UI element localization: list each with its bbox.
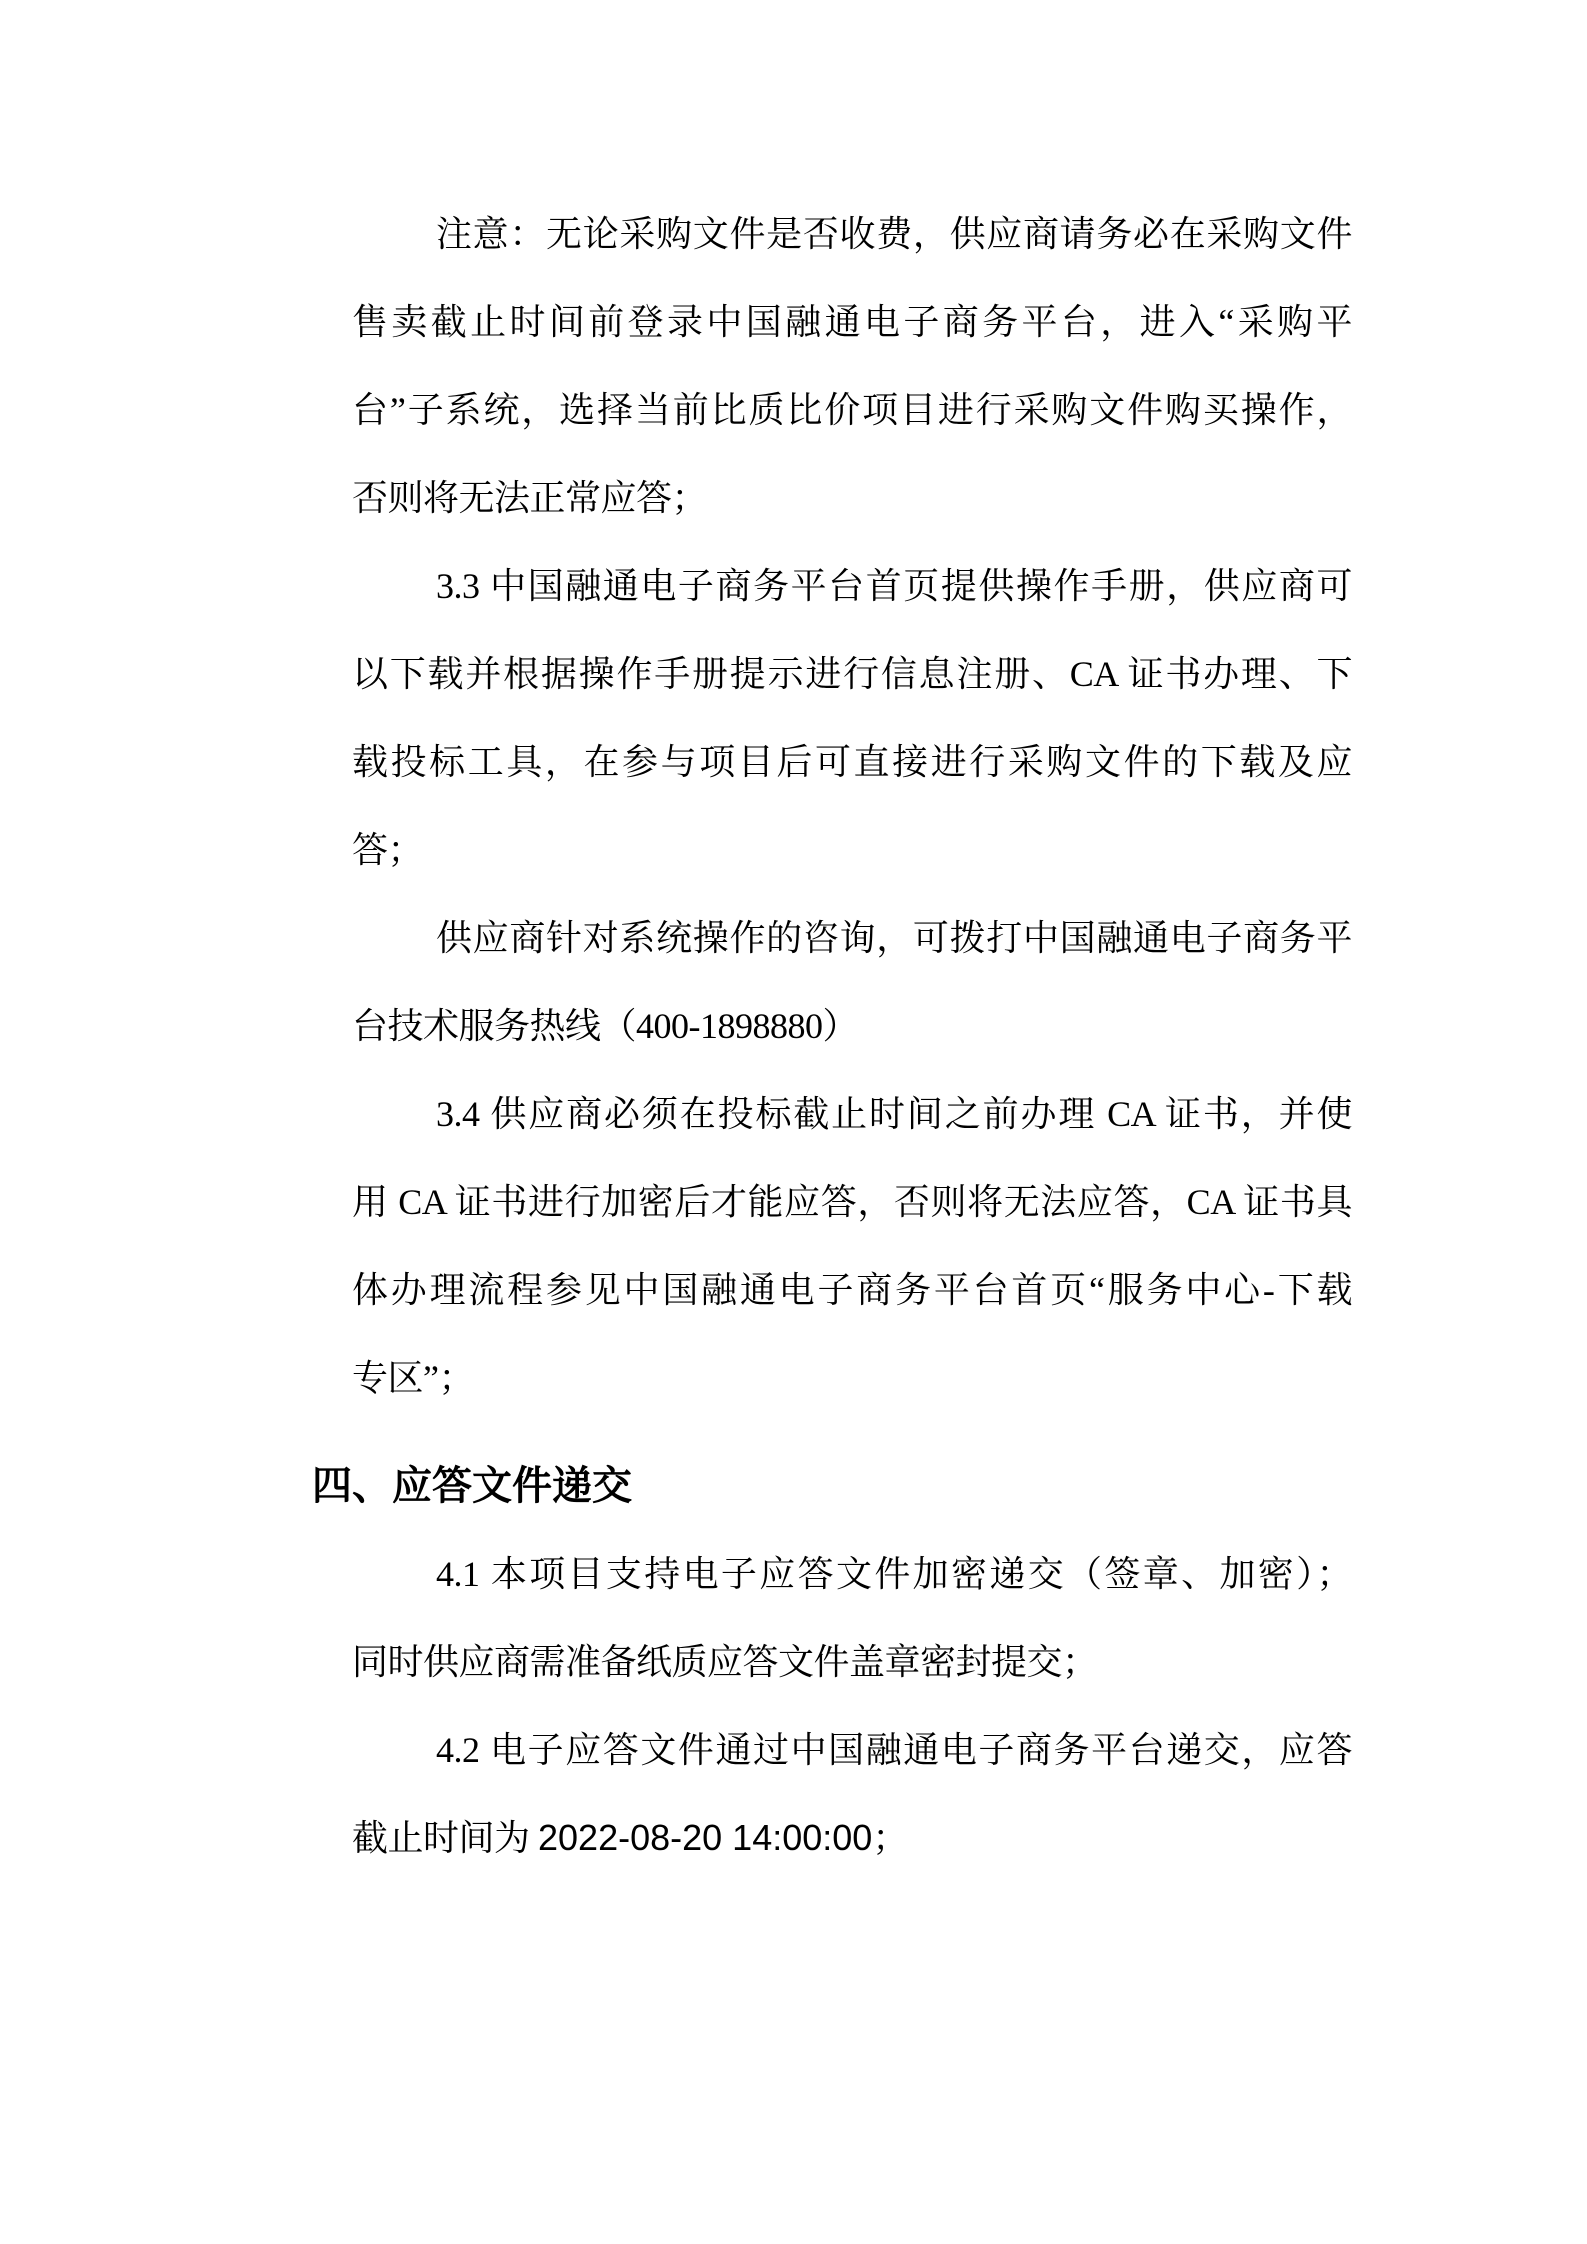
- document-body: 注意：无论采购文件是否收费，供应商请务必在采购文件售卖截止时间前登录中国融通电子…: [352, 0, 1352, 1882]
- section-4-paragraphs: 4.1 本项目支持电子应答文件加密递交（签章、加密）；同时供应商需准备纸质应答文…: [352, 1530, 1352, 1882]
- text-line: 载投标工具，在参与项目后可直接进行采购文件的下载及应: [352, 718, 1352, 806]
- text-line: 用 CA 证书进行加密后才能应答，否则将无法应答，CA 证书具: [352, 1158, 1352, 1246]
- section-4-heading: 四、应答文件递交: [312, 1442, 1352, 1530]
- response-deadline-datetime: 2022-08-20 14:00:00: [538, 1817, 872, 1858]
- text-line: 售卖截止时间前登录中国融通电子商务平台，进入“采购平: [352, 278, 1352, 366]
- text-line: 否则将无法正常应答；: [352, 454, 1352, 542]
- text-line: 4.2 电子应答文件通过中国融通电子商务平台递交，应答: [352, 1706, 1352, 1794]
- text-line: 同时供应商需准备纸质应答文件盖章密封提交；: [352, 1618, 1352, 1706]
- text-line: 截止时间为 2022-08-20 14:00:00；: [352, 1794, 1352, 1882]
- section-3-paragraphs: 注意：无论采购文件是否收费，供应商请务必在采购文件售卖截止时间前登录中国融通电子…: [352, 190, 1352, 1422]
- text-line: 3.4 供应商必须在投标截止时间之前办理 CA 证书，并使: [352, 1070, 1352, 1158]
- text-line: 供应商针对系统操作的咨询，可拨打中国融通电子商务平: [352, 894, 1352, 982]
- text-run: ；: [872, 1818, 908, 1858]
- text-run: 截止时间为: [352, 1818, 538, 1858]
- text-line: 以下载并根据操作手册提示进行信息注册、CA 证书办理、下: [352, 630, 1352, 718]
- text-line: 3.3 中国融通电子商务平台首页提供操作手册，供应商可: [352, 542, 1352, 630]
- text-line: 台技术服务热线（400-1898880）: [352, 982, 1352, 1070]
- text-line: 体办理流程参见中国融通电子商务平台首页“服务中心-下载: [352, 1246, 1352, 1334]
- text-line: 注意：无论采购文件是否收费，供应商请务必在采购文件: [352, 190, 1352, 278]
- text-line: 台”子系统，选择当前比质比价项目进行采购文件购买操作，: [352, 366, 1352, 454]
- text-line: 答；: [352, 806, 1352, 894]
- document-page: 注意：无论采购文件是否收费，供应商请务必在采购文件售卖截止时间前登录中国融通电子…: [0, 0, 1587, 2244]
- text-line: 4.1 本项目支持电子应答文件加密递交（签章、加密）；: [352, 1530, 1352, 1618]
- text-line: 专区”；: [352, 1334, 1352, 1422]
